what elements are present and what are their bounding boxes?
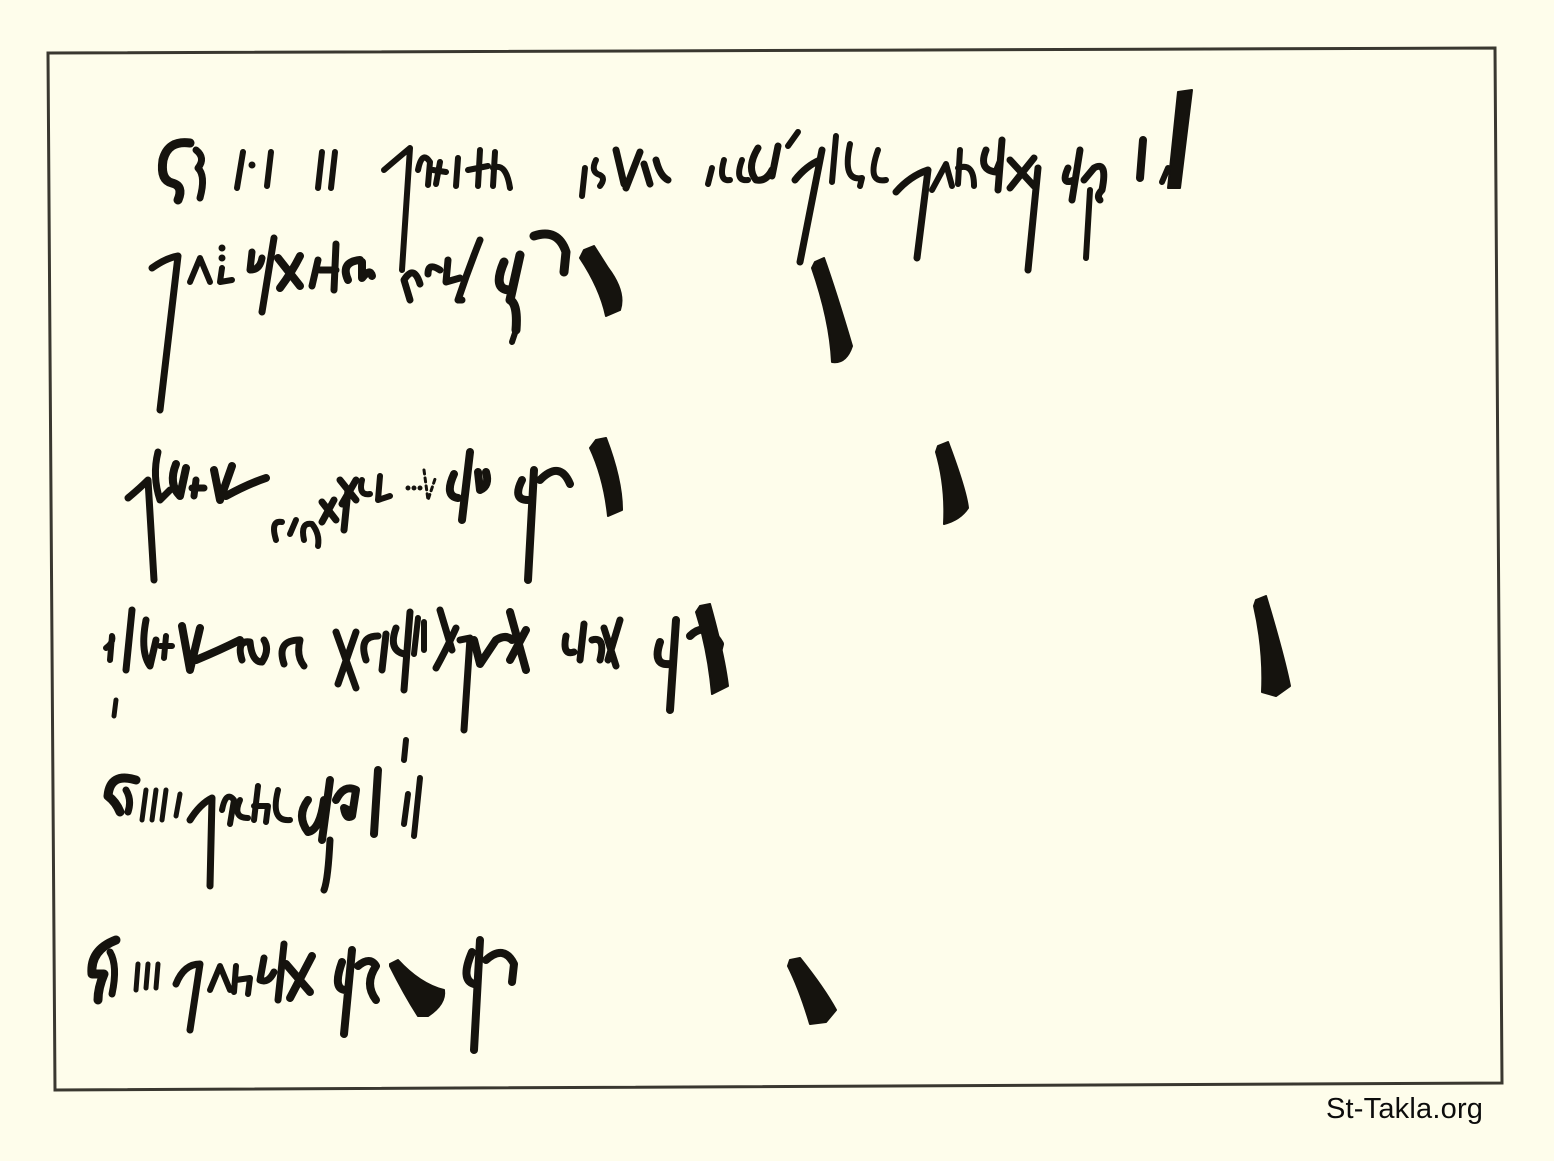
inscription-line-4 bbox=[106, 604, 728, 760]
line-terminals bbox=[812, 258, 1290, 696]
watermark-text: St-Takla.org bbox=[1326, 1093, 1483, 1126]
inscription-line-5 bbox=[108, 770, 420, 890]
inscription-line-1 bbox=[162, 90, 1192, 270]
inscription-line-6 bbox=[92, 940, 836, 1050]
inscription-plate bbox=[0, 0, 1554, 1161]
plate-frame-border bbox=[48, 48, 1502, 1090]
inscription-line-3 bbox=[128, 438, 622, 580]
inscription-line-2 bbox=[152, 234, 622, 410]
